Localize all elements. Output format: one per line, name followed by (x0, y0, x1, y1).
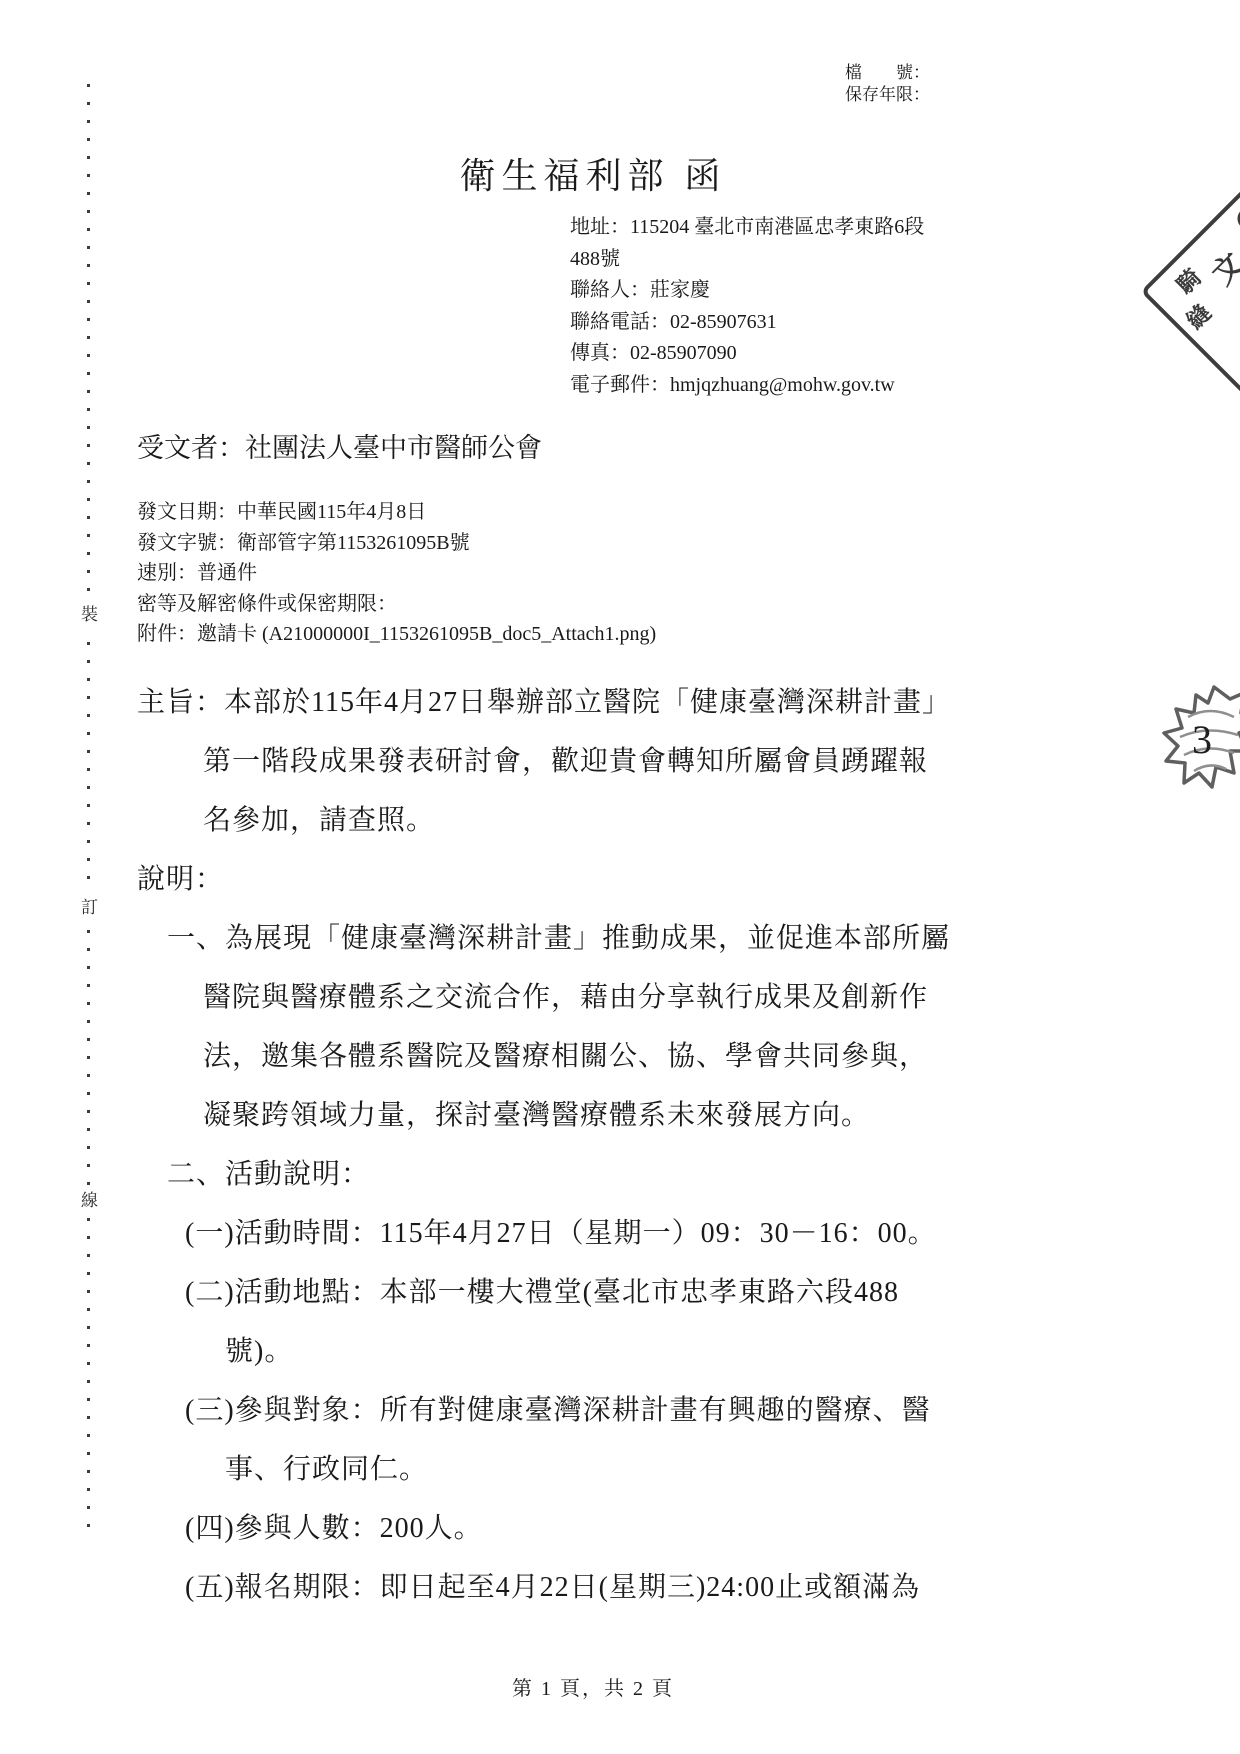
page-footer: 第 1 頁，共 2 頁 (0, 1672, 1186, 1701)
margin-binding-char: 裝 (80, 600, 99, 629)
explanation-item-1: 法，邀集各體系醫院及醫療相關公、協、學會共同參與， (137, 1027, 1137, 1086)
subject-line: 第一階段成果發表研討會，歡迎貴會轉知所屬會員踴躍報 (137, 732, 1137, 791)
recipient-line: 受文者：社團法人臺中市醫師公會 (137, 426, 542, 465)
file-no-label: 檔 號： (845, 62, 930, 84)
sub-item-time: (一)活動時間：115年4月27日（星期一）09：30－16：00。 (137, 1204, 1137, 1263)
explanation-item-2: 二、活動說明： (137, 1145, 1137, 1204)
sub-item-capacity: (四)參與人數：200人。 (137, 1499, 1137, 1558)
seal-number: 3 (1192, 717, 1212, 762)
file-header: 檔 號： 保存年限： (845, 62, 930, 106)
sender-phone: 聯絡電話：02-85907631 (570, 307, 924, 339)
sub-item-audience: 事、行政同仁。 (137, 1440, 1137, 1499)
sender-email: 電子郵件：hmjqzhuang@mohw.gov.tw (570, 370, 924, 402)
document-page: 檔 號： 保存年限： 衛生福利部 函 地址：115204 臺北市南港區忠孝東路6… (0, 0, 1240, 1754)
sender-contact-person: 聯絡人：莊家慶 (570, 275, 924, 307)
sender-fax: 傳真：02-85907090 (570, 338, 924, 370)
explanation-item-1: 醫院與醫療體系之交流合作，藉由分享執行成果及創新作 (137, 968, 1137, 1027)
sender-info-block: 地址：115204 臺北市南港區忠孝東路6段 488號 聯絡人：莊家慶 聯絡電話… (570, 212, 924, 401)
explanation-item-1: 一、為展現「健康臺灣深耕計畫」推動成果，並促進本部所屬 (137, 909, 1137, 968)
subject-line: 名參加，請查照。 (137, 791, 1137, 850)
meta-security-class: 密等及解密條件或保密期限： (137, 589, 656, 620)
exchange-stamp: 文 交 騎 縫 (1140, 183, 1240, 399)
meta-attachment: 附件：邀請卡 (A21000000I_1153261095B_doc5_Atta… (137, 619, 656, 650)
document-title: 衛生福利部 函 (0, 148, 1186, 199)
explanation-header: 說明： (137, 850, 1137, 909)
sub-item-place: (二)活動地點：本部一樓大禮堂(臺北市忠孝東路六段488 (137, 1263, 1137, 1322)
stamp-char: 縫 (1183, 301, 1216, 334)
sub-item-deadline: (五)報名期限：即日起至4月22日(星期三)24:00止或額滿為 (137, 1558, 1137, 1617)
subject-line: 主旨：本部於115年4月27日舉辦部立醫院「健康臺灣深耕計畫」 (137, 673, 1137, 732)
meta-block: 發文日期：中華民國115年4月8日 發文字號：衛部管字第1153261095B號… (137, 497, 656, 650)
stamp-char: 騎 (1173, 265, 1206, 298)
meta-speed-class: 速別：普通件 (137, 558, 656, 589)
stamp-emblem-icon (1233, 203, 1240, 234)
retention-label: 保存年限： (845, 84, 930, 106)
sender-address-line-1: 地址：115204 臺北市南港區忠孝東路6段 (570, 212, 924, 244)
sub-item-place: 號)。 (137, 1322, 1137, 1381)
sub-item-audience: (三)參與對象：所有對健康臺灣深耕計畫有興趣的醫療、醫 (137, 1381, 1137, 1440)
margin-staple-char: 訂 (80, 893, 99, 922)
meta-doc-number: 發文字號：衛部管字第1153261095B號 (137, 528, 656, 559)
meta-issue-date: 發文日期：中華民國115年4月8日 (137, 497, 656, 528)
explanation-item-1: 凝聚跨領域力量，探討臺灣醫療體系未來發展方向。 (137, 1086, 1137, 1145)
margin-dotted-line (87, 84, 90, 1528)
page-seal: 3 (1152, 683, 1240, 801)
sender-address-line-2: 488號 (570, 244, 924, 276)
margin-thread-char: 線 (80, 1186, 99, 1215)
stamp-char: 文 (1207, 248, 1240, 290)
body-block: 主旨：本部於115年4月27日舉辦部立醫院「健康臺灣深耕計畫」 第一階段成果發表… (137, 673, 1137, 1617)
